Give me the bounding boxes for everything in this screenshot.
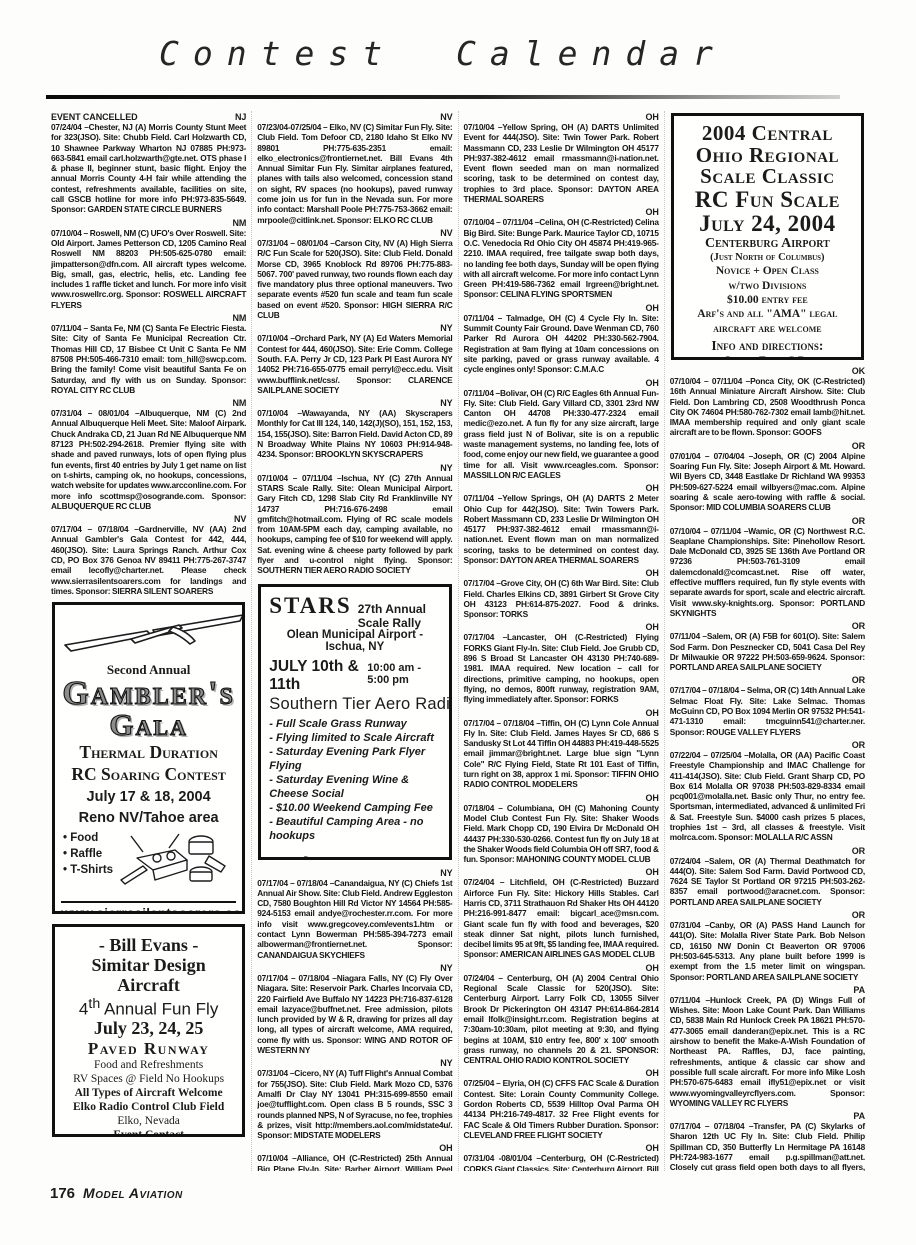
event-listing: OR07/31/04 –Canby, OR (A) PASS Hand Laun… xyxy=(670,910,865,982)
ad-feature-list: Food Raffle T-Shirts xyxy=(61,830,113,899)
event-listing: OH07/10/04 –Yellow Spring, OH (A) DARTS … xyxy=(464,112,659,204)
event-listing: OR07/10/04 – 07/11/04 –Wamic, OR (C) Nor… xyxy=(670,516,865,619)
ad-class-line: w/two Divisions xyxy=(676,279,859,293)
ad-event-type-line1: Thermal Duration xyxy=(61,744,236,762)
event-listing-header: OH xyxy=(464,378,659,388)
ad-detail: Food and Refreshments xyxy=(59,1058,238,1072)
event-listing-text: 07/10/04 – 07/11/04 –Wamic, OR (C) North… xyxy=(670,526,865,619)
event-listing: OH07/17/04 – 07/18/04 –Tiffin, OH (C) Ly… xyxy=(464,708,659,790)
event-listing-text: 07/31/04 – 08/01/04 –Albuquerque, NM (C)… xyxy=(51,408,246,511)
event-listing-header: OH xyxy=(464,793,659,803)
event-listing-header: OH xyxy=(464,708,659,718)
state-header: NM xyxy=(232,313,246,323)
event-listing-text: 07/17/04 – 07/18/04 – Selma, OR (C) 14th… xyxy=(670,685,865,736)
ad-title-line2: Gala xyxy=(61,710,236,739)
magazine-name: Model Aviation xyxy=(83,1185,183,1201)
state-header: OH xyxy=(645,793,658,803)
ad-info-heading: Info and directions: xyxy=(676,338,859,354)
event-listing-header: PA xyxy=(670,985,865,995)
entries-group: OK07/10/04 – 07/11/04 –Ponca City, OK (C… xyxy=(670,366,865,1171)
state-header: NY xyxy=(440,398,452,408)
ad-feature: T-Shirts xyxy=(63,862,113,878)
event-listing: OH07/11/04 – Talmadge, OH (C) 4 Cycle Fl… xyxy=(464,303,659,375)
state-header: NY xyxy=(440,868,452,878)
ad-date: July 17 & 18, 2004 xyxy=(61,789,236,806)
state-header: OR xyxy=(852,846,865,856)
event-listing-text: 07/23/04-07/25/04 – Elko, NV (C) Simitar… xyxy=(257,122,452,225)
ad-feature-list: - Full Scale Grass Runway - Flying limit… xyxy=(269,717,440,843)
event-listing-text: 07/24/04 –Chester, NJ (A) Morris County … xyxy=(51,122,246,215)
event-listing-text: 07/11/04 –Hunlock Creek, PA (D) Wings Fu… xyxy=(670,995,865,1108)
state-header: OH xyxy=(645,708,658,718)
event-listing-header: OR xyxy=(670,441,865,451)
bill-evans-ad: - Bill Evans - Simitar Design Aircraft 4… xyxy=(52,924,245,1137)
event-listing-text: 07/17/04 –Lancaster, OH (C-Restricted) F… xyxy=(464,632,659,704)
ad-title-line: Ohio Regional xyxy=(676,145,859,167)
gamblers-gala-ad: Second Annual Gambler's Gala Thermal Dur… xyxy=(52,602,245,914)
event-listing-text: 07/10/04 –Alliance, OH (C-Restricted) 25… xyxy=(257,1153,452,1171)
event-listing: OR07/11/04 –Salem, OR (A) F5B for 601(O)… xyxy=(670,621,865,672)
ad-location: Elko, Nevada xyxy=(59,1114,238,1128)
event-listing-header: OH xyxy=(464,483,659,493)
entries-group: NV07/23/04-07/25/04 – Elko, NV (C) Simit… xyxy=(257,112,452,576)
event-listing-header: OH xyxy=(464,622,659,632)
event-listing: NM07/31/04 – 08/01/04 –Albuquerque, NM (… xyxy=(51,398,246,511)
event-listing-header: NY xyxy=(257,323,452,333)
event-listing-header: OH xyxy=(464,1143,659,1153)
event-listing-header: OR xyxy=(670,846,865,856)
event-listing-header: NY xyxy=(257,1058,452,1068)
ad-contact-name: Larry Folk C.D. xyxy=(676,354,859,360)
stars-rally-ad: STARS 27th Annual Scale Rally Olean Muni… xyxy=(258,584,451,860)
ad-feature: - $10.00 Weekend Camping Fee xyxy=(269,801,440,815)
event-listing-text: 07/17/04 –Grove City, OH (C) 6th War Bir… xyxy=(464,578,659,619)
event-listing-text: 07/10/04 – 07/11/04 –Ponca City, OK (C-R… xyxy=(670,376,865,438)
event-listing-header: NV xyxy=(257,112,452,122)
event-listing-text: 07/24/04 – Litchfield, OH (C-Restricted)… xyxy=(464,877,659,959)
event-listing-text: 07/11/04 –Bolivar, OH (C) R/C Eagles 6th… xyxy=(464,388,659,481)
state-header: NM xyxy=(232,398,246,408)
event-listing-header: OR xyxy=(670,910,865,920)
event-listing: NY07/31/04 –Cicero, NY (A) Tuff Flight's… xyxy=(257,1058,452,1140)
event-listing: NV07/31/04 – 08/01/04 –Carson City, NV (… xyxy=(257,228,452,320)
state-header: PA xyxy=(853,985,865,995)
state-header: NY xyxy=(440,1058,452,1068)
column-3: OH07/10/04 –Yellow Spring, OH (A) DARTS … xyxy=(458,111,664,1171)
event-listing-text: 07/17/04 – 07/18/04 –Canandaigua, NY (C)… xyxy=(257,878,452,960)
event-listing: NM07/10/04 – Roswell, NM (C) UFO's Over … xyxy=(51,218,246,310)
ad-location: Reno NV/Tahoe area xyxy=(61,810,236,827)
event-listing-header: PA xyxy=(670,1111,865,1121)
ad-event-name: RC Fun Scale xyxy=(676,188,859,212)
state-header: OH xyxy=(645,1068,658,1078)
ad-detail: All Types of Aircraft Welcome xyxy=(59,1086,238,1100)
event-listing-header: OR xyxy=(670,675,865,685)
state-header: PA xyxy=(853,1111,865,1121)
event-listing-text: 07/24/04 –Salem, OR (A) Thermal Deathmat… xyxy=(670,856,865,907)
event-listing-header: NY xyxy=(257,868,452,878)
ad-title: 27th Annual Scale Rally xyxy=(358,602,441,630)
event-listing-header: OR xyxy=(670,621,865,631)
event-listing-text: 07/17/04 – 07/18/04 –Niagara Falls, NY (… xyxy=(257,973,452,1055)
ad-detail: Elko Radio Control Club Field xyxy=(59,1100,238,1114)
event-listing: OR07/24/04 –Salem, OR (A) Thermal Deathm… xyxy=(670,846,865,907)
event-listing-header: OH xyxy=(464,303,659,313)
ad-location: Olean Municipal Airport - Ischua, NY xyxy=(269,629,440,653)
event-listing-header: NV xyxy=(257,228,452,238)
event-listing-text: 07/18/04 – Columbiana, OH (C) Mahoning C… xyxy=(464,803,659,865)
state-header: OK xyxy=(852,366,865,376)
event-listing-text: 07/17/04 – 07/18/04 –Transfer, PA (C) Sk… xyxy=(670,1121,865,1171)
ad-title: - Bill Evans - xyxy=(59,935,238,955)
ad-runway: Paved Runway xyxy=(59,1039,238,1059)
airplane-illustration xyxy=(269,841,440,860)
event-listing-text: 07/31/04 –Canby, OR (A) PASS Hand Launch… xyxy=(670,920,865,982)
state-header: OH xyxy=(645,1143,658,1153)
listing-columns: EVENT CANCELLEDNJ07/24/04 –Chester, NJ (… xyxy=(46,111,870,1171)
event-listing: OR07/01/04 – 07/04/04 –Joseph, OR (C) 20… xyxy=(670,441,865,513)
ad-eligibility-line: Arf's and all "AMA" legal xyxy=(676,307,859,321)
ad-website: www.sierrasilentsoarers.com xyxy=(61,901,236,914)
header-rule xyxy=(46,95,840,99)
state-header: OH xyxy=(645,483,658,493)
ad-detail: RV Spaces @ Field No Hookups xyxy=(59,1072,238,1086)
event-listing-header: NV xyxy=(51,514,246,524)
page-number: 176 xyxy=(50,1185,75,1202)
event-listing-header: OR xyxy=(670,740,865,750)
event-listing-text: 07/11/04 –Salem, OR (A) F5B for 601(O). … xyxy=(670,631,865,672)
event-listing-text: 07/10/04 – 07/11/04 –Celina, OH (C-Restr… xyxy=(464,217,659,299)
ad-feature: Food xyxy=(63,830,113,846)
state-header: OH xyxy=(645,622,658,632)
event-listing: OH07/31/04 -08/01/04 –Centerburg, OH (C-… xyxy=(464,1143,659,1171)
event-listing: PA07/17/04 – 07/18/04 –Transfer, PA (C) … xyxy=(670,1111,865,1171)
event-listing-header: NY xyxy=(257,398,452,408)
event-listing: NY07/10/04 –Orchard Park, NY (A) Ed Wate… xyxy=(257,323,452,395)
state-header: NY xyxy=(440,463,452,473)
state-header: NM xyxy=(232,218,246,228)
ad-club-name: Southern Tier Aero Radio Society xyxy=(269,695,440,714)
state-header: OR xyxy=(852,441,865,451)
event-listing-header: OH xyxy=(464,207,659,217)
event-listing: OH07/10/04 –Alliance, OH (C-Restricted) … xyxy=(257,1143,452,1171)
event-listing-header: EVENT CANCELLEDNJ xyxy=(51,112,246,122)
event-listing: OH07/18/04 – Columbiana, OH (C) Mahoning… xyxy=(464,793,659,865)
entries-group: OH07/10/04 –Yellow Spring, OH (A) DARTS … xyxy=(464,112,659,1171)
state-header: OH xyxy=(645,963,658,973)
ad-location: Centerburg Airport xyxy=(676,236,859,251)
state-header: OR xyxy=(852,621,865,631)
event-listing-text: 07/31/04 –Cicero, NY (A) Tuff Flight's A… xyxy=(257,1068,452,1140)
event-listing-header: NY xyxy=(257,463,452,473)
event-listing: OR07/22/04 – 07/25/04 –Molalla, OR (AA) … xyxy=(670,740,865,843)
event-listing: NY07/17/04 – 07/18/04 –Niagara Falls, NY… xyxy=(257,963,452,1055)
state-header: OR xyxy=(852,740,865,750)
entries-group: EVENT CANCELLEDNJ07/24/04 –Chester, NJ (… xyxy=(51,112,246,596)
event-listing: NV07/17/04 – 07/18/04 –Gardnerville, NV … xyxy=(51,514,246,596)
magazine-page: Contest Calendar EVENT CANCELLEDNJ07/24/… xyxy=(0,0,916,1245)
event-listing: OH07/24/04 – Centerburg, OH (A) 2004 Cen… xyxy=(464,963,659,1066)
ad-location-note: (Just North of Columbus) xyxy=(676,252,859,265)
event-listing: EVENT CANCELLEDNJ07/24/04 –Chester, NJ (… xyxy=(51,112,246,215)
event-listing-text: 07/10/04 –Orchard Park, NY (A) Ed Waters… xyxy=(257,333,452,395)
event-listing-text: 07/24/04 – Centerburg, OH (A) 2004 Centr… xyxy=(464,973,659,1066)
ad-features: Food Raffle T-Shirts xyxy=(61,830,236,899)
event-listing-header: OH xyxy=(464,112,659,122)
event-listing: OH07/24/04 – Litchfield, OH (C-Restricte… xyxy=(464,867,659,959)
state-header: OH xyxy=(645,112,658,122)
state-header: OR xyxy=(852,516,865,526)
ad-feature: - Beautiful Camping Area - no hookups xyxy=(269,815,440,843)
entries-group: NY07/17/04 – 07/18/04 –Canandaigua, NY (… xyxy=(257,868,452,1171)
state-header: NY xyxy=(440,963,452,973)
event-listing: NY07/10/04 – 07/11/04 –Ischua, NY (C) 27… xyxy=(257,463,452,576)
state-header: NJ xyxy=(235,112,246,122)
ad-feature: - Flying limited to Scale Aircraft xyxy=(269,731,440,745)
glider-illustration xyxy=(61,609,236,666)
state-header: NV xyxy=(234,514,246,524)
ad-entry-fee: $10.00 entry fee xyxy=(676,293,859,307)
event-listing-header: OH xyxy=(257,1143,452,1153)
event-listing-text: 07/17/04 – 07/18/04 –Gardnerville, NV (A… xyxy=(51,524,246,596)
event-listing-text: 07/25/04 – Elyria, OH (C) CFFS FAC Scale… xyxy=(464,1078,659,1140)
ad-feature: Raffle xyxy=(63,846,113,862)
event-listing: NY07/17/04 – 07/18/04 –Canandaigua, NY (… xyxy=(257,868,452,960)
central-ohio-scale-classic-ad: 2004 Central Ohio Regional Scale Classic… xyxy=(671,113,864,360)
state-header: OH xyxy=(439,1143,452,1153)
event-listing: OH07/25/04 – Elyria, OH (C) CFFS FAC Sca… xyxy=(464,1068,659,1140)
event-listing-text: 07/22/04 – 07/25/04 –Molalla, OR (AA) Pa… xyxy=(670,750,865,843)
event-listing-text: 07/01/04 – 07/04/04 –Joseph, OR (C) 2004… xyxy=(670,451,865,513)
transmitter-illustration xyxy=(113,830,231,899)
event-listing-header: OK xyxy=(670,366,865,376)
ad-title-line: Scale Classic xyxy=(676,166,859,188)
ad-feature: - Full Scale Grass Runway xyxy=(269,717,440,731)
column-4: 2004 Central Ohio Regional Scale Classic… xyxy=(664,111,870,1171)
event-listing-text: 07/11/04 –Yellow Springs, OH (A) DARTS 2… xyxy=(464,493,659,565)
event-listing-text: 07/10/04 – Roswell, NM (C) UFO's Over Ro… xyxy=(51,228,246,310)
event-listing: NY07/10/04 –Wawayanda, NY (AA) Skyscrape… xyxy=(257,398,452,459)
ad-subtitle: Simitar Design Aircraft xyxy=(59,955,238,995)
ad-title-line1: Gambler's xyxy=(61,678,236,710)
ad-class-line: Novice + Open Class xyxy=(676,264,859,278)
ad-event-name: 4th Annual Fun Fly xyxy=(59,996,238,1019)
ad-date: July 24, 2004 xyxy=(676,212,859,236)
event-listing: OH07/17/04 –Lancaster, OH (C-Restricted)… xyxy=(464,622,659,704)
page-header: Contest Calendar xyxy=(46,34,870,99)
column-1: EVENT CANCELLEDNJ07/24/04 –Chester, NJ (… xyxy=(46,111,251,1171)
event-listing-header: NM xyxy=(51,218,246,228)
ad-date: July 23, 24, 25 xyxy=(59,1019,238,1039)
event-listing-text: 07/10/04 –Yellow Spring, OH (A) DARTS Un… xyxy=(464,122,659,204)
event-listing: OH07/11/04 –Yellow Springs, OH (A) DARTS… xyxy=(464,483,659,565)
event-listing-header: OH xyxy=(464,1068,659,1078)
state-header: NV xyxy=(440,112,452,122)
event-listing-header: OH xyxy=(464,963,659,973)
event-listing: OH07/10/04 – 07/11/04 –Celina, OH (C-Res… xyxy=(464,207,659,299)
event-listing: OK07/10/04 – 07/11/04 –Ponca City, OK (C… xyxy=(670,366,865,438)
ad-event-type-line2: RC Soaring Contest xyxy=(61,766,236,784)
event-listing-text: 07/11/04 – Santa Fe, NM (C) Santa Fe Ele… xyxy=(51,323,246,395)
event-listing-text: 07/10/04 – 07/11/04 –Ischua, NY (C) 27th… xyxy=(257,473,452,576)
state-header: OH xyxy=(645,568,658,578)
event-listing-header: OH xyxy=(464,867,659,877)
page-footer: 176 Model Aviation xyxy=(46,1185,870,1202)
event-cancelled-label: EVENT CANCELLED xyxy=(51,112,138,122)
state-header: OH xyxy=(645,378,658,388)
ad-feature: - Saturday Evening Wine & Cheese Social xyxy=(269,773,440,801)
event-listing: PA07/11/04 –Hunlock Creek, PA (D) Wings … xyxy=(670,985,865,1108)
event-listing: OH07/11/04 –Bolivar, OH (C) R/C Eagles 6… xyxy=(464,378,659,481)
event-listing-header: OH xyxy=(464,568,659,578)
event-listing: OR07/17/04 – 07/18/04 – Selma, OR (C) 14… xyxy=(670,675,865,736)
state-header: NY xyxy=(440,323,452,333)
column-2: NV07/23/04-07/25/04 – Elko, NV (C) Simit… xyxy=(251,111,457,1171)
state-header: OH xyxy=(645,867,658,877)
ad-feature: - Saturday Evening Park Flyer Flying xyxy=(269,745,440,773)
state-header: OR xyxy=(852,675,865,685)
event-listing: NV07/23/04-07/25/04 – Elko, NV (C) Simit… xyxy=(257,112,452,225)
event-listing-text: 07/31/04 – 08/01/04 –Carson City, NV (A)… xyxy=(257,238,452,320)
state-header: OH xyxy=(645,303,658,313)
event-listing-header: OR xyxy=(670,516,865,526)
state-header: OH xyxy=(645,207,658,217)
state-header: OR xyxy=(852,910,865,920)
ad-brand: STARS xyxy=(269,593,351,619)
event-listing-header: NM xyxy=(51,398,246,408)
event-listing-text: 07/17/04 – 07/18/04 –Tiffin, OH (C) Lynn… xyxy=(464,718,659,790)
ad-title-line: 2004 Central xyxy=(676,123,859,145)
event-listing: OH07/17/04 –Grove City, OH (C) 6th War B… xyxy=(464,568,659,619)
page-title: Contest Calendar xyxy=(46,34,840,73)
event-listing-text: 07/11/04 – Talmadge, OH (C) 4 Cycle Fly … xyxy=(464,313,659,375)
event-listing-header: NM xyxy=(51,313,246,323)
state-header: NV xyxy=(440,228,452,238)
event-listing: NM07/11/04 – Santa Fe, NM (C) Santa Fe E… xyxy=(51,313,246,395)
ad-date: JULY 10th & 11th xyxy=(269,658,362,694)
event-listing-text: 07/31/04 -08/01/04 –Centerburg, OH (C-Re… xyxy=(464,1153,659,1171)
ad-eligibility-line: aircraft are welcome xyxy=(676,322,859,336)
event-listing-header: NY xyxy=(257,963,452,973)
ad-contact-heading: —Event Contact— xyxy=(59,1128,238,1137)
ad-time: 10:00 am - 5:00 pm xyxy=(367,662,440,686)
event-listing-text: 07/10/04 –Wawayanda, NY (AA) Skyscrapers… xyxy=(257,408,452,459)
